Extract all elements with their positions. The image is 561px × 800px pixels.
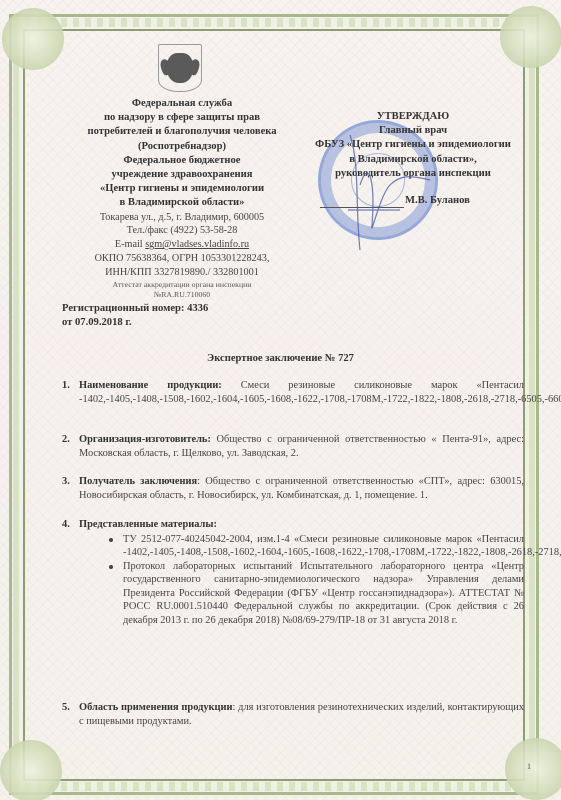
issuer-header: Федеральная служба по надзору в сфере за… <box>62 97 302 300</box>
issuer-address: Токарева ул., д.5, г. Владимир, 600005 <box>62 211 302 225</box>
agency-line: «Центр гигиены и эпидемиологии <box>62 182 302 196</box>
signatory-name: М.В. Буланов <box>405 195 470 206</box>
agency-line: Федеральное бюджетное <box>62 154 302 168</box>
coat-of-arms-icon <box>158 44 202 92</box>
approval-line: руководитель органа инспекции <box>300 167 526 181</box>
section-number: 5. <box>62 701 78 715</box>
document-title: Экспертное заключение № 727 <box>0 353 561 364</box>
issuer-email-row: E-mail sgm@vladses.vladinfo.ru <box>62 238 302 252</box>
registration-date: от 07.09.2018 г. <box>62 316 208 330</box>
section-number: 3. <box>62 475 78 489</box>
agency-line: по надзору в сфере защиты прав <box>62 111 302 125</box>
registration-number: Регистрационный номер: 4336 <box>62 302 208 316</box>
approval-line: ФБУЗ «Центр гигиены и эпидемиологии <box>300 138 526 152</box>
section-manufacturer: 2. Организация-изготовитель: Общество с … <box>62 433 524 460</box>
section-label: Организация-изготовитель: <box>79 434 211 445</box>
registration-info: Регистрационный номер: 4336 от 07.09.201… <box>62 302 208 330</box>
section-label: Область применения продукции <box>79 702 233 713</box>
materials-list-item: ТУ 2512-077-40245042-2004, изм.1-4 «Смес… <box>107 533 524 560</box>
email-label: E-mail <box>115 239 145 250</box>
agency-line: потребителей и благополучия человека <box>62 125 302 139</box>
approval-line: УТВЕРЖДАЮ <box>300 110 526 124</box>
approval-line: Главный врач <box>300 124 526 138</box>
agency-line: (Роспотребнадзор) <box>62 140 302 154</box>
section-submitted-materials: 4. Представленные материалы: ТУ 2512-077… <box>62 518 524 627</box>
issuer-phone: Тел./факс (4922) 53-58-28 <box>62 224 302 238</box>
section-label: Наименование продукции: <box>79 380 222 391</box>
document-content: Федеральная служба по надзору в сфере за… <box>0 0 561 800</box>
section-recipient: 3. Получатель заключения: Общество с огр… <box>62 475 524 502</box>
section-number: 1. <box>62 379 78 393</box>
email-link[interactable]: sgm@vladses.vladinfo.ru <box>145 239 249 250</box>
section-number: 4. <box>62 518 78 532</box>
section-label: Получатель заключения <box>79 476 197 487</box>
issuer-inn: ИНН/КПП 3327819890./ 332801001 <box>62 266 302 280</box>
materials-list-item: Протокол лабораторных испытаний Испытате… <box>107 560 524 628</box>
signature-row: М.В. Буланов <box>320 195 520 211</box>
double-headed-eagle-icon <box>167 53 193 83</box>
materials-list: ТУ 2512-077-40245042-2004, изм.1-4 «Смес… <box>107 533 524 628</box>
signature-line <box>320 207 404 208</box>
approval-line: в Владимирской области», <box>300 153 526 167</box>
accreditation-line: №RA.RU.710060 <box>62 290 302 300</box>
section-application-area: 5. Область применения продукции: для изг… <box>62 701 524 728</box>
agency-line: в Владимирской области» <box>62 196 302 210</box>
issuer-okpo: ОКПО 75638364, ОГРН 1053301228243, <box>62 252 302 266</box>
agency-line: Федеральная служба <box>62 97 302 111</box>
agency-line: учреждение здравоохранения <box>62 168 302 182</box>
accreditation-line: Аттестат аккредитации органа инспекции <box>62 280 302 290</box>
section-number: 2. <box>62 433 78 447</box>
page-number: 1 <box>527 762 531 771</box>
section-label: Представленные материалы: <box>79 519 217 530</box>
section-product-name: 1. Наименование продукции: Смеси резинов… <box>62 379 524 406</box>
approval-block: УТВЕРЖДАЮ Главный врач ФБУЗ «Центр гигие… <box>300 110 526 181</box>
